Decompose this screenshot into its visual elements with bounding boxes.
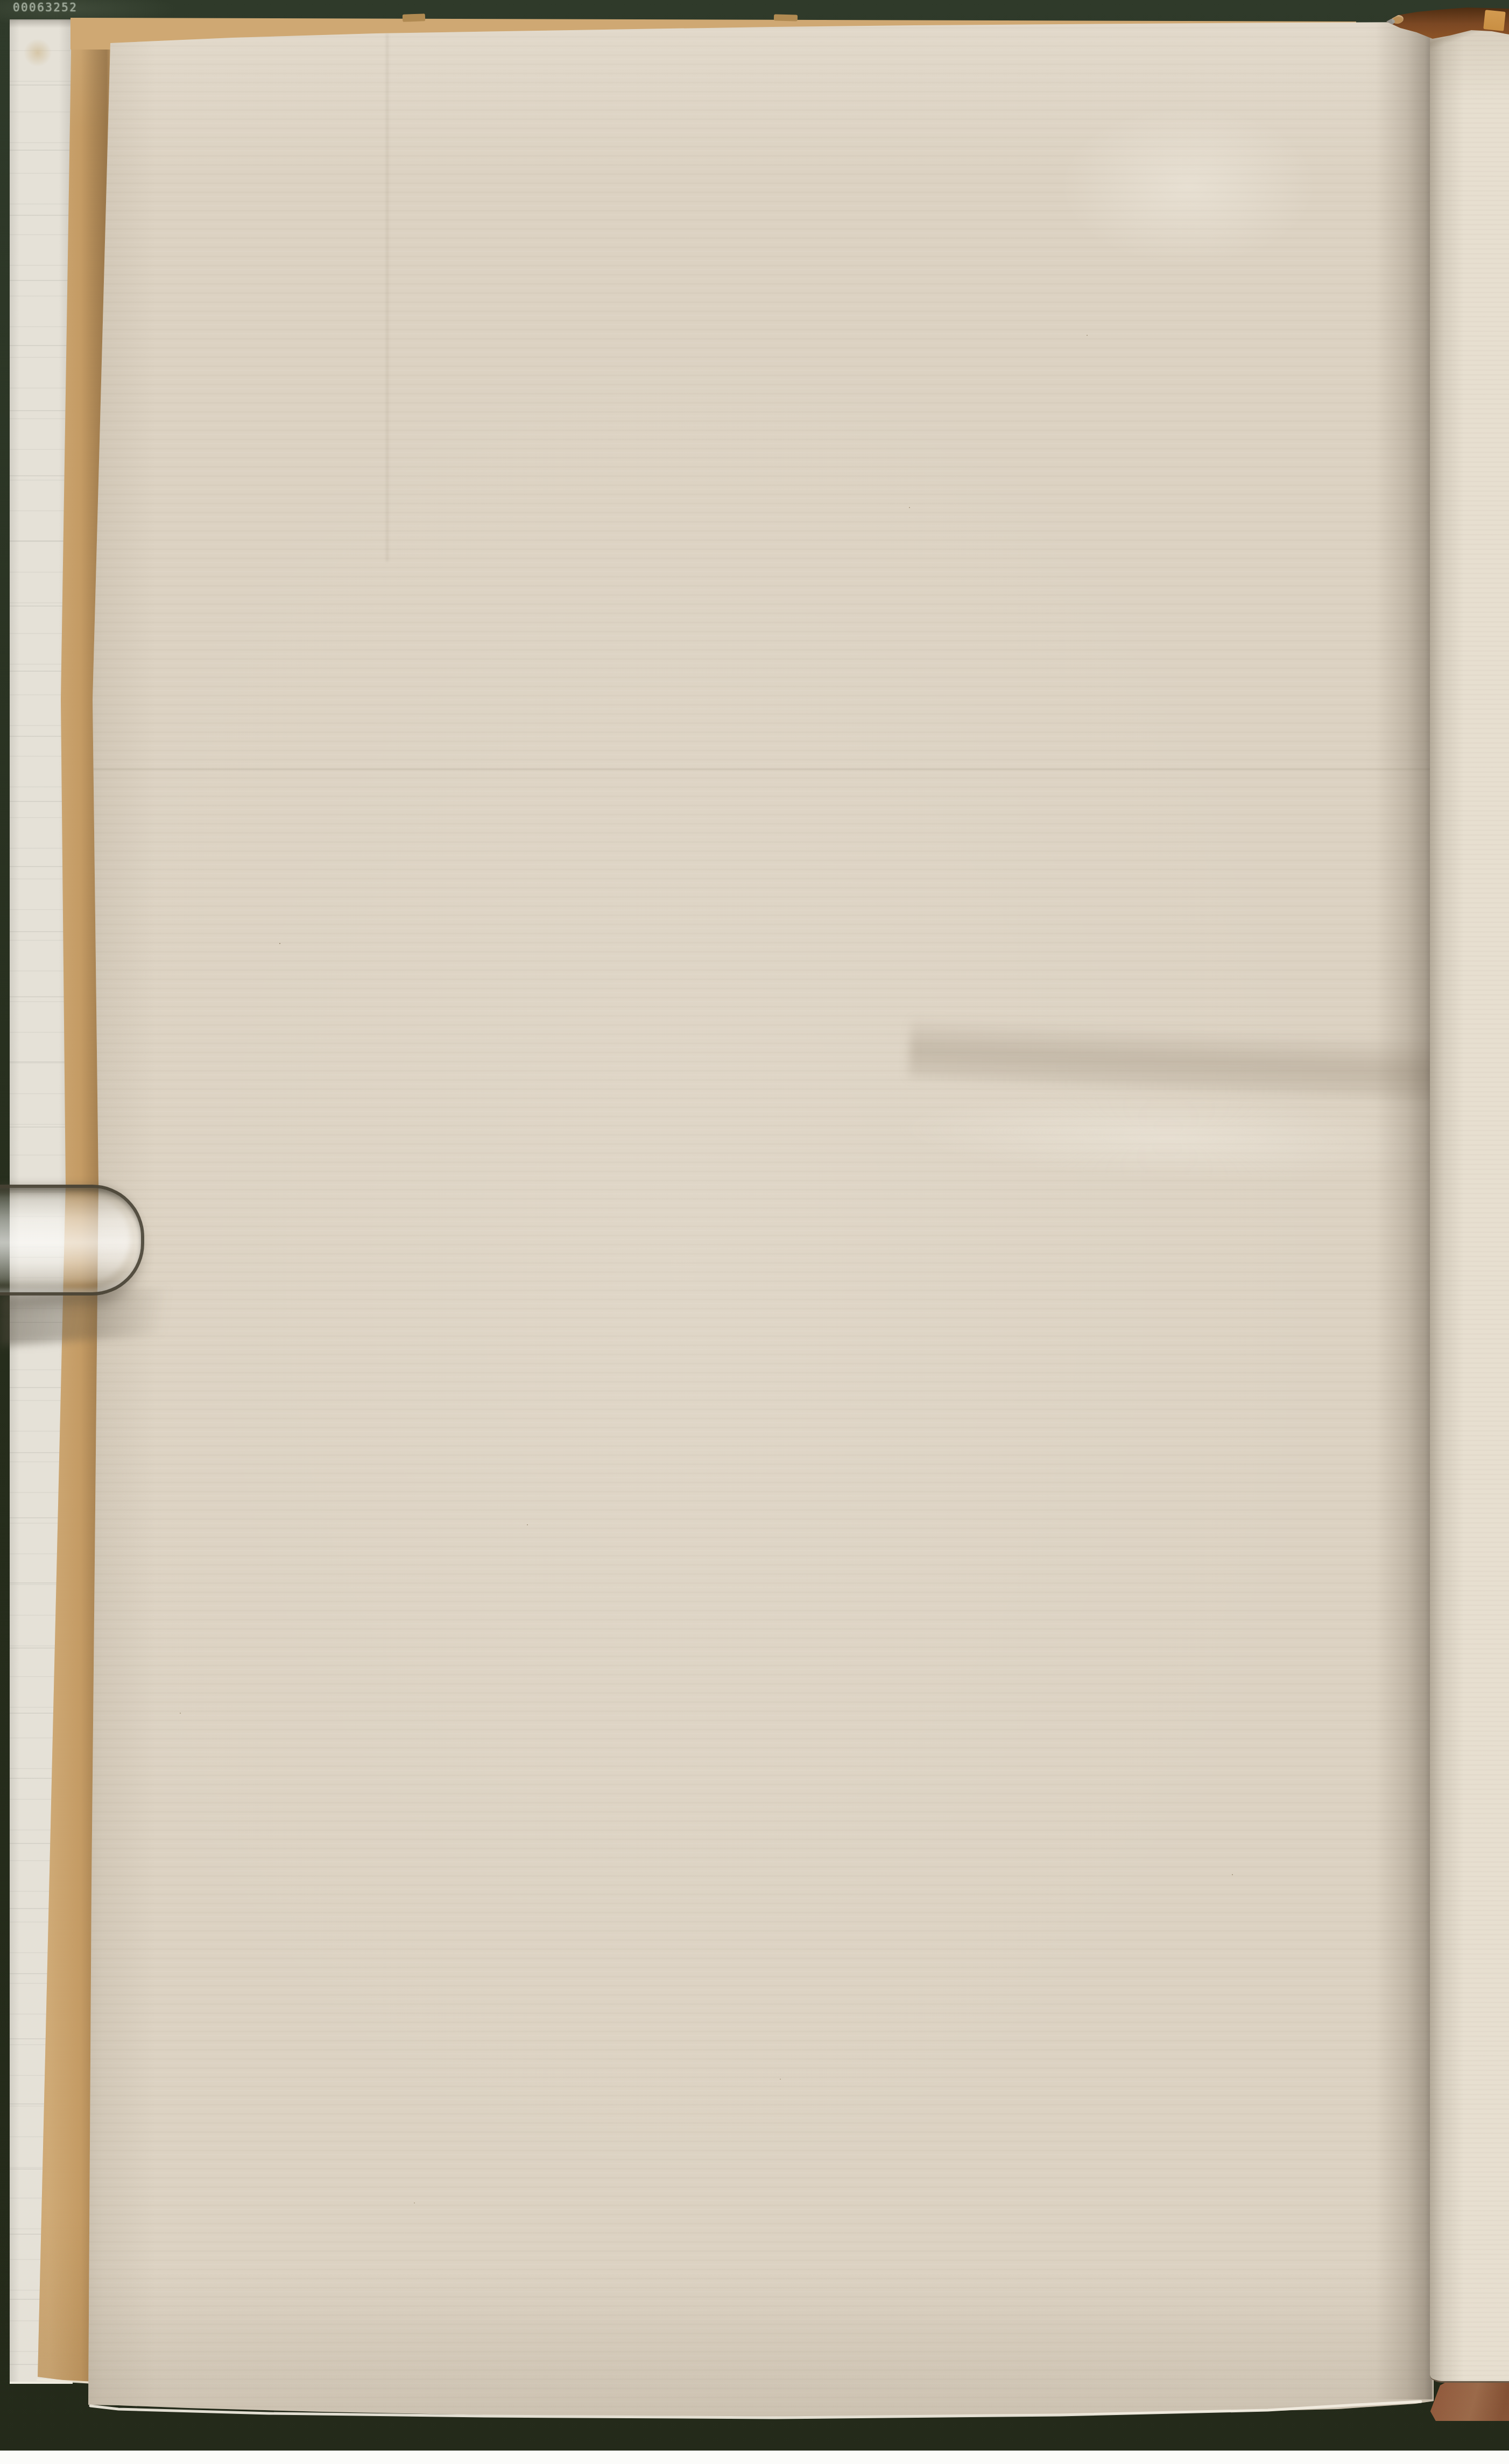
flyleaf-page (1430, 20, 1509, 2383)
page-crease-horizontal (70, 769, 1434, 770)
book-scan: 00063252 (0, 0, 1509, 2464)
scanner-white-strip (0, 2451, 1509, 2464)
gutter-shadow (1376, 22, 1433, 2399)
page-holder-clip (0, 1185, 144, 1296)
page-fold-shadow (908, 1016, 1438, 1101)
page-crease-vertical (386, 34, 388, 561)
leather-tab (1483, 10, 1506, 31)
clip-gloss (0, 1195, 130, 1283)
back-cover-leather (1430, 2378, 1509, 2421)
blank-page (70, 18, 1434, 2418)
cover-tab (774, 14, 798, 21)
scan-id-label: 00063252 (13, 1, 77, 14)
cover-tab (403, 13, 425, 22)
page-fold-highlight (898, 1088, 1439, 1187)
